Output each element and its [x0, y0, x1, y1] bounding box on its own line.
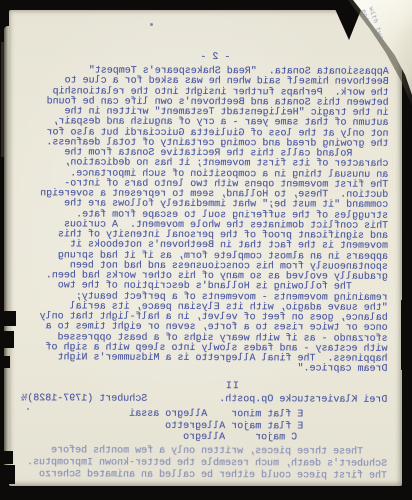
mirrored-typed-content: - 2 - Appassionata Sonata. "Read Shakesp… [9, 9, 401, 487]
paper-notch [401, 300, 412, 370]
program-title-line: Drei Klavierstucke Op.posth. Schubert (1… [21, 394, 387, 406]
page-number: - 2 - [42, 52, 389, 64]
photo-stage: - 2 - Appassionata Sonata. "Read Shakesp… [0, 0, 412, 500]
ink-speck [27, 408, 29, 410]
footer-text: These three pieces, written only a few m… [27, 445, 387, 482]
program-items: E flat minor Allegro assai E flat major … [129, 409, 387, 445]
paper-edge-streak [1, 42, 4, 157]
body-text: Appassionata Sonata. "Read Shakespeare's… [39, 66, 388, 375]
ink-speck [150, 23, 153, 26]
section-numeral: II [58, 381, 405, 393]
